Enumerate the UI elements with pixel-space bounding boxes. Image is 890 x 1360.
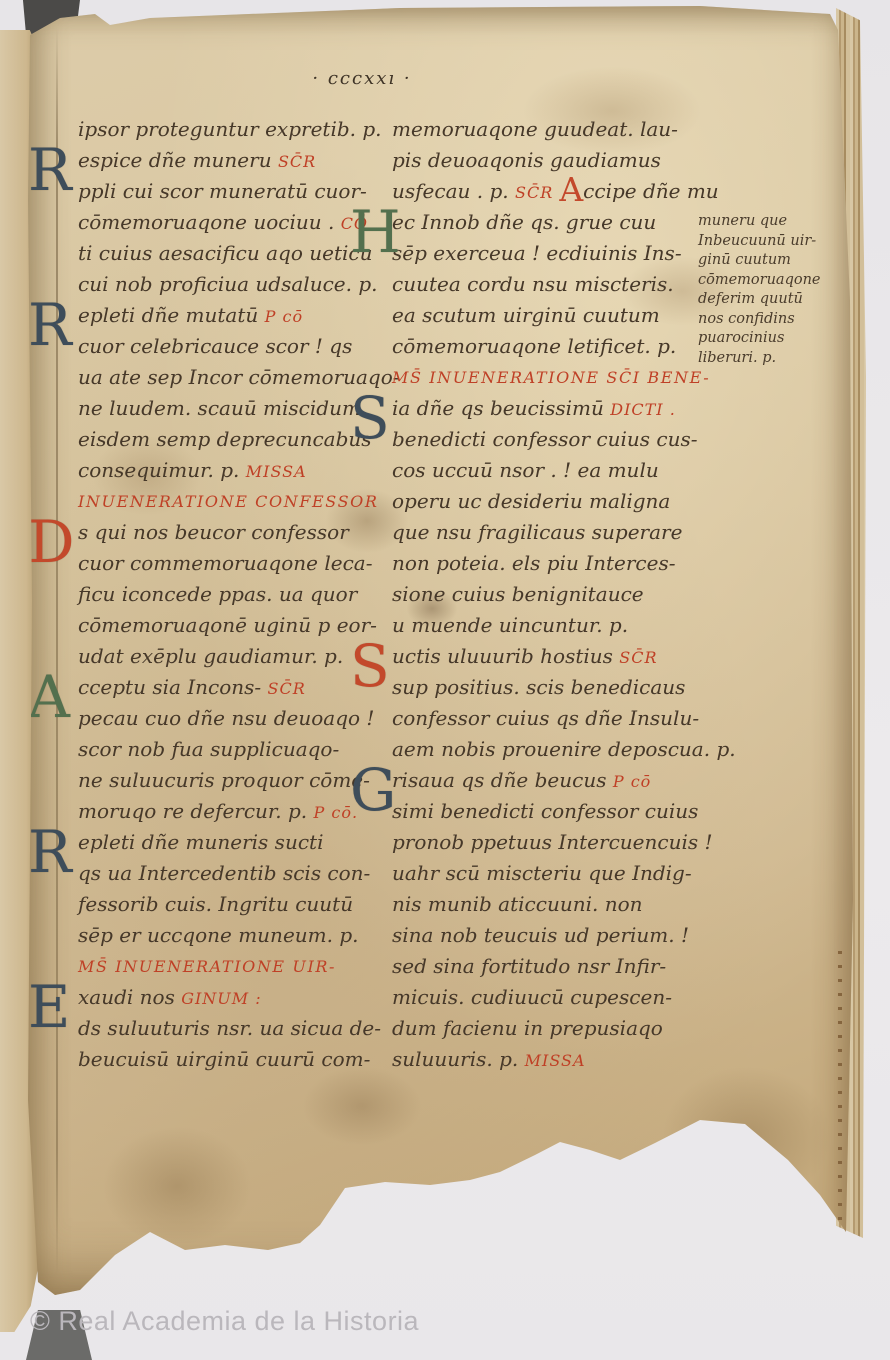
illuminated-initial: R — [28, 298, 72, 352]
text-segment: cōmemoruaqone uociuu . — [78, 210, 341, 234]
prayer-block: ipsor proteguntur expretib. p. — [78, 114, 396, 145]
text-segment: aem nobis prouenire deposcua. p. — [392, 737, 736, 761]
text-segment: fessorib cuis. Ingritu cuutū — [78, 892, 353, 916]
text-line: ti cuius aesacificu aqo ueticu — [78, 238, 396, 269]
text-segment: simi benedicti confessor cuius — [392, 799, 698, 823]
illuminated-initial: D — [28, 515, 75, 569]
text-line: sina nob teucuis ud perium. ! — [392, 920, 722, 951]
text-line: pecau cuo dñe nsu deuoaqo ! — [78, 703, 396, 734]
text-line: scor nob fua supplicuaqo- — [78, 734, 396, 765]
text-segment: usfecau . p. — [392, 179, 515, 203]
text-segment: ds suluuturis nsr. ua sicua de- — [78, 1016, 381, 1040]
text-line: sēp exerceua ! ecdiuinis Ins- — [392, 238, 722, 269]
text-line: ua ate sep Incor cōmemoruaqo- — [78, 362, 396, 393]
illuminated-initial: G — [350, 763, 396, 817]
prayer-block: memoruaqone guudeat. lau-pis deuoaqonis … — [392, 114, 722, 207]
rubric-line: MS̄ INUENERATIONE UIR- — [78, 951, 396, 982]
rubric-segment: SC̄R — [515, 183, 559, 202]
text-segment: eisdem semp deprecuncabus — [78, 427, 372, 451]
text-segment: ia dñe qs beucissimū — [392, 396, 610, 420]
text-line: cuor commemoruaqone leca- — [78, 548, 396, 579]
prayer-block: MS̄ INUENERATIONE UIR-Exaudi nos GINUM :… — [78, 951, 396, 1075]
text-segment: operu uc desideriu maligna — [392, 489, 670, 513]
text-column-left: ipsor proteguntur expretib. p.Respice dñ… — [78, 114, 396, 1075]
manuscript-page: · cccxxı · ipsor proteguntur expretib. p… — [22, 6, 860, 1302]
text-line: ia dñe qs beucissimū DICTI . — [392, 393, 722, 424]
text-segment: cōmemoruaqone letificet. p. — [392, 334, 676, 358]
stain — [102, 1126, 252, 1246]
text-segment: cceptu sia Incons- — [78, 675, 268, 699]
rubric-line: INUENERATIONE CONFESSOR — [78, 486, 396, 517]
illuminated-initial: S — [350, 639, 390, 693]
rubric-segment: MISSA — [246, 462, 307, 481]
prayer-block: Repleti dñe mutatū P cōcuor celebricauce… — [78, 300, 396, 486]
text-segment: ppli cui scor muneratū cuor- — [78, 179, 367, 203]
rubric-segment: SC̄R — [619, 648, 657, 667]
text-segment: ne suluucuris proquor cōme- — [78, 768, 370, 792]
text-line: cuor celebricauce scor ! qs — [78, 331, 396, 362]
text-segment: sēp er uccqone muneum. p. — [78, 923, 359, 947]
text-line: consequimur. p. MISSA — [78, 455, 396, 486]
text-line: uahr scū miscteriu que Indig- — [392, 858, 722, 889]
text-segment: ec Innob dñe qs. grue cuu — [392, 210, 656, 234]
text-line: epleti dñe muneris sucti — [78, 827, 396, 858]
prayer-block: Repleti dñe muneris suctiqs ua Intercede… — [78, 827, 396, 951]
text-line: uctis uluuurib hostius SC̄R — [392, 641, 722, 672]
text-line: cōmemoruaqonē uginū p eor- — [78, 610, 396, 641]
text-line: micuis. cudiuucū cupescen- — [392, 982, 722, 1013]
text-segment: pecau cuo dñe nsu deuoaqo ! — [78, 706, 374, 730]
text-line: sione cuius benignitauce — [392, 579, 722, 610]
text-line: que nsu fragilicaus superare — [392, 517, 722, 548]
text-segment: scor nob fua supplicuaqo- — [78, 737, 339, 761]
text-segment: que nsu fragilicaus superare — [392, 520, 682, 544]
text-segment: nis munib aticcuuni. non — [392, 892, 643, 916]
text-segment: cuutea cordu nsu miscteris. — [392, 272, 674, 296]
illuminated-initial: S — [350, 391, 390, 445]
text-segment: confessor cuius qs dñe Insulu- — [392, 706, 699, 730]
illuminated-initial: H — [350, 205, 401, 259]
text-column-right: memoruaqone guudeat. lau-pis deuoaqonis … — [392, 114, 722, 1075]
text-line: benedicti confessor cuius cus- — [392, 424, 722, 455]
text-segment: beucuisū uirginū cuurū com- — [78, 1047, 370, 1071]
text-segment: uahr scū miscteriu que Indig- — [392, 861, 692, 885]
text-line: simi benedicti confessor cuius — [392, 796, 722, 827]
text-segment: ficu iconcede ppas. ua quor — [78, 582, 357, 606]
text-segment: non poteia. els piu Interces- — [392, 551, 675, 575]
text-segment: sed sina fortitudo nsr Infir- — [392, 954, 666, 978]
text-segment: sēp exerceua ! ecdiuinis Ins- — [392, 241, 682, 265]
text-segment: epleti dñe mutatū — [78, 303, 265, 327]
text-segment: ea scutum uirginū cuutum — [392, 303, 660, 327]
text-line: sup positius. scis benedicaus — [392, 672, 722, 703]
text-line: ne luudem. scauū miscidum — [78, 393, 396, 424]
text-line: beucuisū uirginū cuurū com- — [78, 1044, 396, 1075]
text-line: suluuuris. p. MISSA — [392, 1044, 722, 1075]
text-segment: uctis uluuurib hostius — [392, 644, 619, 668]
text-segment: dum facienu in prepusiaqo — [392, 1016, 663, 1040]
rubric-segment: SC̄R — [278, 152, 316, 171]
rubric-segment: DICTI . — [610, 400, 676, 419]
copyright-watermark: © Real Academia de la Historia — [30, 1306, 419, 1337]
prayer-block: Suctis uluuurib hostius SC̄Rsup positius… — [392, 641, 722, 765]
rubric-segment: GINUM : — [181, 989, 261, 1008]
text-segment: u muende uincuntur. p. — [392, 613, 628, 637]
text-line: s qui nos beucor confessor — [78, 517, 396, 548]
text-line: fessorib cuis. Ingritu cuutū — [78, 889, 396, 920]
text-line: non poteia. els piu Interces- — [392, 548, 722, 579]
text-line: dum facienu in prepusiaqo — [392, 1013, 722, 1044]
illuminated-initial: R — [28, 825, 72, 879]
margin-note-line: liberuri. p. — [698, 349, 876, 369]
text-line: ppli cui scor muneratū cuor- — [78, 176, 396, 207]
margin-note-line: puarocinius — [698, 329, 876, 349]
rubric-segment: MISSA — [525, 1051, 586, 1070]
text-segment: epleti dñe muneris sucti — [78, 830, 323, 854]
text-segment: sina nob teucuis ud perium. ! — [392, 923, 689, 947]
text-line: espice dñe muneru SC̄R — [78, 145, 396, 176]
prayer-block: INUENERATIONE CONFESSORDs qui nos beucor… — [78, 486, 396, 672]
text-line: memoruaqone guudeat. lau- — [392, 114, 722, 145]
text-segment: cos uccuū nsor . ! ea mulu — [392, 458, 659, 482]
text-line: risaua qs dñe beucus P cō — [392, 765, 722, 796]
text-line: xaudi nos GINUM : — [78, 982, 396, 1013]
text-line: usfecau . p. SC̄R Accipe dñe mu — [392, 176, 722, 207]
text-segment: suluuuris. p. — [392, 1047, 525, 1071]
text-line: sēp er uccqone muneum. p. — [78, 920, 396, 951]
prayer-block: MS̄ INUENERATIONE SC̄I BENE-Sia dñe qs b… — [392, 362, 722, 641]
text-segment: xaudi nos — [78, 985, 181, 1009]
text-line: operu uc desideriu maligna — [392, 486, 722, 517]
text-line: pis deuoaqonis gaudiamus — [392, 145, 722, 176]
text-line: aem nobis prouenire deposcua. p. — [392, 734, 722, 765]
text-segment: ne luudem. scauū miscidum — [78, 396, 361, 420]
text-segment: cuor commemoruaqone leca- — [78, 551, 372, 575]
stain — [302, 1066, 422, 1146]
text-line: nis munib aticcuuni. non — [392, 889, 722, 920]
text-line: u muende uincuntur. p. — [392, 610, 722, 641]
text-segment: memoruaqone guudeat. lau- — [392, 117, 678, 141]
text-line: ea scutum uirginū cuutum — [392, 300, 722, 331]
text-line: moruqo re defercur. p. P cō. — [78, 796, 396, 827]
text-segment: ti cuius aesacificu aqo ueticu — [78, 241, 372, 265]
text-line: ficu iconcede ppas. ua quor — [78, 579, 396, 610]
illuminated-initial: R — [28, 143, 72, 197]
illuminated-initial: E — [28, 980, 70, 1034]
rubric-segment: A — [559, 170, 583, 209]
text-line: cōmemoruaqone uociuu . CŌ — [78, 207, 396, 238]
text-line: ec Innob dñe qs. grue cuu — [392, 207, 722, 238]
prayer-block: Respice dñe muneru SC̄Rppli cui scor mun… — [78, 145, 396, 300]
rubric-segment: SC̄R — [268, 679, 306, 698]
prayer-block: Grisaua qs dñe beucus P cōsimi benedicti… — [392, 765, 722, 1075]
text-line: cōmemoruaqone letificet. p. — [392, 331, 722, 362]
text-line: qs ua Intercedentib scis con- — [78, 858, 396, 889]
text-segment: udat exēplu gaudiamur. p. — [78, 644, 343, 668]
text-segment: espice dñe muneru — [78, 148, 278, 172]
text-line: ds suluuturis nsr. ua sicua de- — [78, 1013, 396, 1044]
text-line: cui nob proficiua udsaluce. p. — [78, 269, 396, 300]
prayer-block: Hec Innob dñe qs. grue cuusēp exerceua !… — [392, 207, 722, 362]
margin-note-line: deferim quutū — [698, 290, 876, 310]
illuminated-initial: A — [28, 670, 70, 724]
text-line: sed sina fortitudo nsr Infir- — [392, 951, 722, 982]
text-segment: cōmemoruaqonē uginū p eor- — [78, 613, 377, 637]
margin-note-line: nos confidins — [698, 310, 876, 330]
gutter-crease — [56, 26, 58, 1276]
text-line: pronob ppetuus Intercuencuis ! — [392, 827, 722, 858]
text-segment: ipsor proteguntur expretib. p. — [78, 117, 382, 141]
prayer-block: Acceptu sia Incons- SC̄Rpecau cuo dñe ns… — [78, 672, 396, 827]
text-segment: s qui nos beucor confessor — [78, 520, 349, 544]
folio-number: · cccxxı · — [282, 68, 442, 89]
text-segment: micuis. cudiuucū cupescen- — [392, 985, 672, 1009]
text-segment: sione cuius benignitauce — [392, 582, 644, 606]
text-segment: moruqo re defercur. p. — [78, 799, 314, 823]
text-segment: ccipe dñe mu — [583, 179, 719, 203]
rubric-line: MS̄ INUENERATIONE SC̄I BENE- — [392, 362, 722, 393]
text-line: epleti dñe mutatū P cō — [78, 300, 396, 331]
text-line: ipsor proteguntur expretib. p. — [78, 114, 396, 145]
rubric-segment: P cō — [265, 307, 303, 326]
text-line: cceptu sia Incons- SC̄R — [78, 672, 396, 703]
text-segment: pis deuoaqonis gaudiamus — [392, 148, 661, 172]
text-line: cuutea cordu nsu miscteris. — [392, 269, 722, 300]
rubric-segment: P cō — [613, 772, 651, 791]
text-line: cos uccuū nsor . ! ea mulu — [392, 455, 722, 486]
text-segment: risaua qs dñe beucus — [392, 768, 613, 792]
text-segment: benedicti confessor cuius cus- — [392, 427, 697, 451]
text-line: eisdem semp deprecuncabus — [78, 424, 396, 455]
text-segment: cui nob proficiua udsaluce. p. — [78, 272, 377, 296]
text-line: ne suluucuris proquor cōme- — [78, 765, 396, 796]
text-segment: cuor celebricauce scor ! qs — [78, 334, 352, 358]
text-segment: pronob ppetuus Intercuencuis ! — [392, 830, 713, 854]
text-line: udat exēplu gaudiamur. p. — [78, 641, 396, 672]
text-segment: consequimur. p. — [78, 458, 246, 482]
text-segment: sup positius. scis benedicaus — [392, 675, 685, 699]
text-segment: qs ua Intercedentib scis con- — [78, 861, 370, 885]
pricking-holes — [838, 951, 842, 1239]
text-line: confessor cuius qs dñe Insulu- — [392, 703, 722, 734]
